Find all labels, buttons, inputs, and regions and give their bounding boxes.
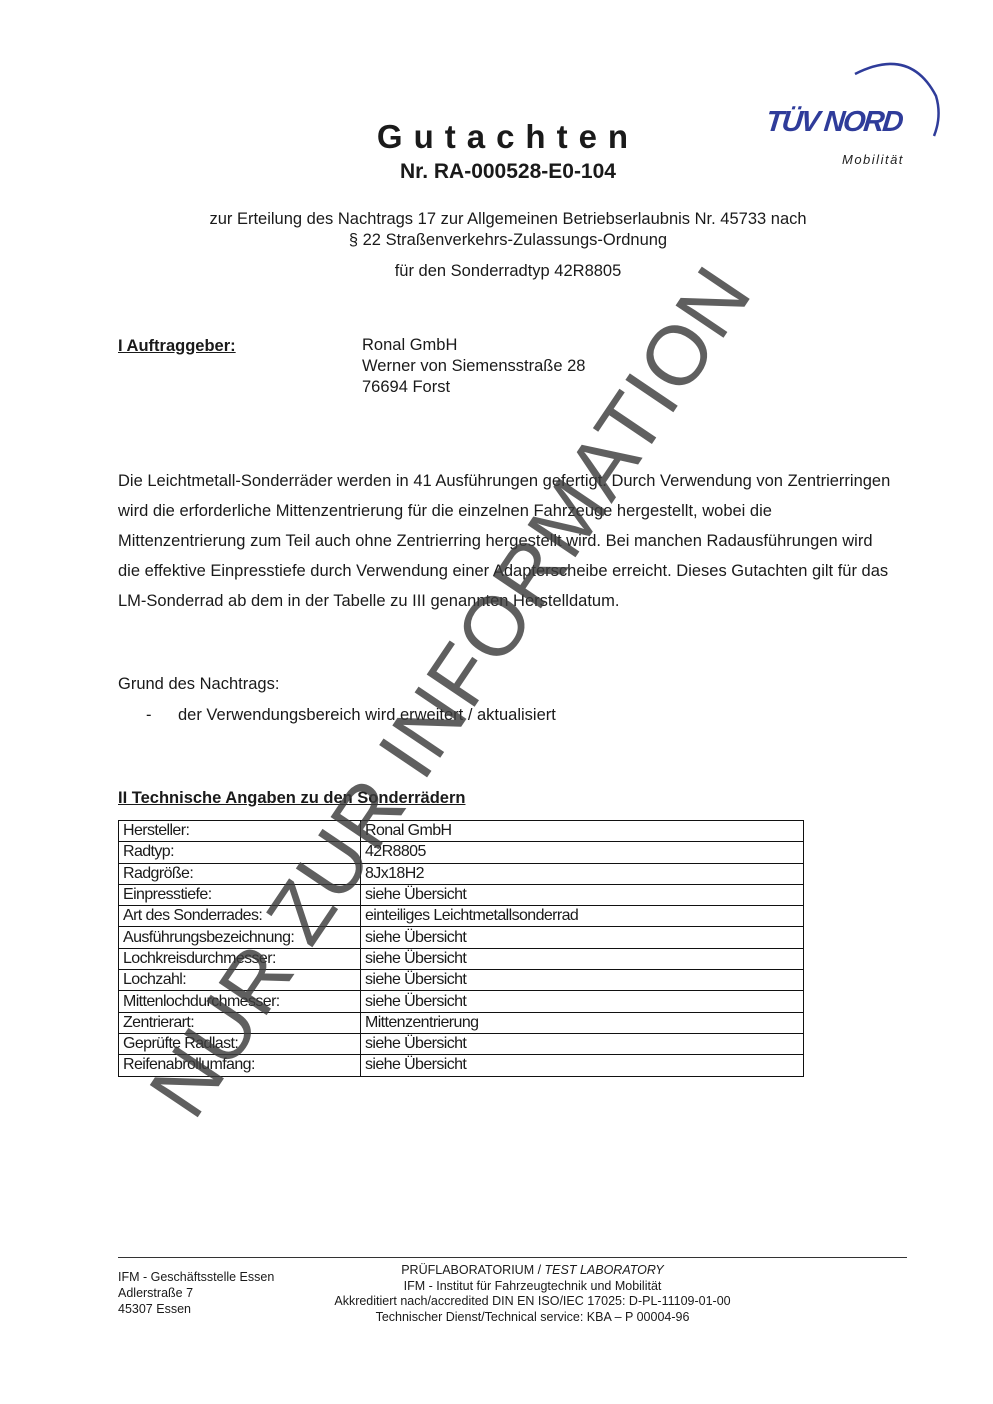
document-number: Nr. RA-000528-E0-104 <box>0 160 993 184</box>
footer-center-3: Technischer Dienst/Technical service: KB… <box>260 1310 805 1326</box>
row-key: Hersteller: <box>119 821 361 842</box>
subtitle-line-1: zur Erteilung des Nachtrags 17 zur Allge… <box>0 210 993 229</box>
lab-de: PRÜFLABORATORIUM / <box>401 1263 544 1277</box>
row-value: 42R8805 <box>361 842 804 863</box>
reason-item: -der Verwendungsbereich wird erweitert /… <box>146 706 556 725</box>
reason-label: Grund des Nachtrags: <box>118 675 279 694</box>
table-row: Mittenlochdurchmesser:siehe Übersicht <box>119 991 804 1012</box>
footer-lab-info: PRÜFLABORATORIUM / TEST LABORATORY IFM -… <box>260 1263 805 1325</box>
document-title: Gutachten <box>0 118 993 156</box>
row-key: Lochzahl: <box>119 970 361 991</box>
footer-center-1: IFM - Institut für Fahrzeugtechnik und M… <box>260 1279 805 1295</box>
row-value: 8Jx18H2 <box>361 863 804 884</box>
footer-left-2: Adlerstraße 7 <box>118 1285 274 1301</box>
row-value: siehe Übersicht <box>361 991 804 1012</box>
table-row: Lochkreisdurchmesser:siehe Übersicht <box>119 948 804 969</box>
footer-divider <box>118 1257 907 1258</box>
table-row: Art des Sonderrades:einteiliges Leichtme… <box>119 906 804 927</box>
row-value: siehe Übersicht <box>361 948 804 969</box>
technical-heading: II Technische Angaben zu den Sonderräder… <box>118 789 465 808</box>
client-city: 76694 Forst <box>362 377 585 398</box>
table-row: Reifenabrollumfang:siehe Übersicht <box>119 1055 804 1076</box>
footer-center-2: Akkreditiert nach/accredited DIN EN ISO/… <box>260 1294 805 1310</box>
footer-left-3: 45307 Essen <box>118 1301 274 1317</box>
row-key: Reifenabrollumfang: <box>119 1055 361 1076</box>
table-row: Zentrierart:Mittenzentrierung <box>119 1012 804 1033</box>
row-key: Radtyp: <box>119 842 361 863</box>
row-value: siehe Übersicht <box>361 1055 804 1076</box>
row-value: Mittenzentrierung <box>361 1012 804 1033</box>
table-row: Einpresstiefe:siehe Übersicht <box>119 884 804 905</box>
row-key: Geprüfte Radlast: <box>119 1033 361 1054</box>
row-key: Radgröße: <box>119 863 361 884</box>
table-row: Geprüfte Radlast:siehe Übersicht <box>119 1033 804 1054</box>
technical-table: Hersteller:Ronal GmbHRadtyp:42R8805Radgr… <box>118 820 804 1077</box>
row-value: Ronal GmbH <box>361 821 804 842</box>
table-row: Radtyp:42R8805 <box>119 842 804 863</box>
row-key: Mittenlochdurchmesser: <box>119 991 361 1012</box>
table-row: Lochzahl:siehe Übersicht <box>119 970 804 991</box>
row-key: Zentrierart: <box>119 1012 361 1033</box>
footer-lab-title: PRÜFLABORATORIUM / TEST LABORATORY <box>260 1263 805 1279</box>
row-key: Einpresstiefe: <box>119 884 361 905</box>
reason-text: der Verwendungsbereich wird erweitert / … <box>178 706 556 724</box>
table-row: Hersteller:Ronal GmbH <box>119 821 804 842</box>
table-row: Ausführungsbezeichnung:siehe Übersicht <box>119 927 804 948</box>
row-key: Art des Sonderrades: <box>119 906 361 927</box>
table-row: Radgröße:8Jx18H2 <box>119 863 804 884</box>
bullet-dash: - <box>146 706 178 725</box>
description-paragraph: Die Leichtmetall-Sonderräder werden in 4… <box>118 466 898 616</box>
client-name: Ronal GmbH <box>362 335 585 356</box>
row-key: Lochkreisdurchmesser: <box>119 948 361 969</box>
lab-en: TEST LABORATORY <box>545 1263 664 1277</box>
row-value: siehe Übersicht <box>361 927 804 948</box>
row-value: einteiliges Leichtmetallsonderrad <box>361 906 804 927</box>
row-value: siehe Übersicht <box>361 1033 804 1054</box>
footer-left-1: IFM - Geschäftsstelle Essen <box>118 1269 274 1285</box>
row-key: Ausführungsbezeichnung: <box>119 927 361 948</box>
subtitle-line-2: § 22 Straßenverkehrs-Zulassungs-Ordnung <box>0 231 993 250</box>
client-label: I Auftraggeber: <box>118 337 236 356</box>
row-value: siehe Übersicht <box>361 970 804 991</box>
client-address: Ronal GmbH Werner von Siemensstraße 28 7… <box>362 335 585 398</box>
footer-address: IFM - Geschäftsstelle Essen Adlerstraße … <box>118 1269 274 1317</box>
client-street: Werner von Siemensstraße 28 <box>362 356 585 377</box>
row-value: siehe Übersicht <box>361 884 804 905</box>
subtitle-line-3: für den Sonderradtyp 42R8805 <box>0 262 993 281</box>
